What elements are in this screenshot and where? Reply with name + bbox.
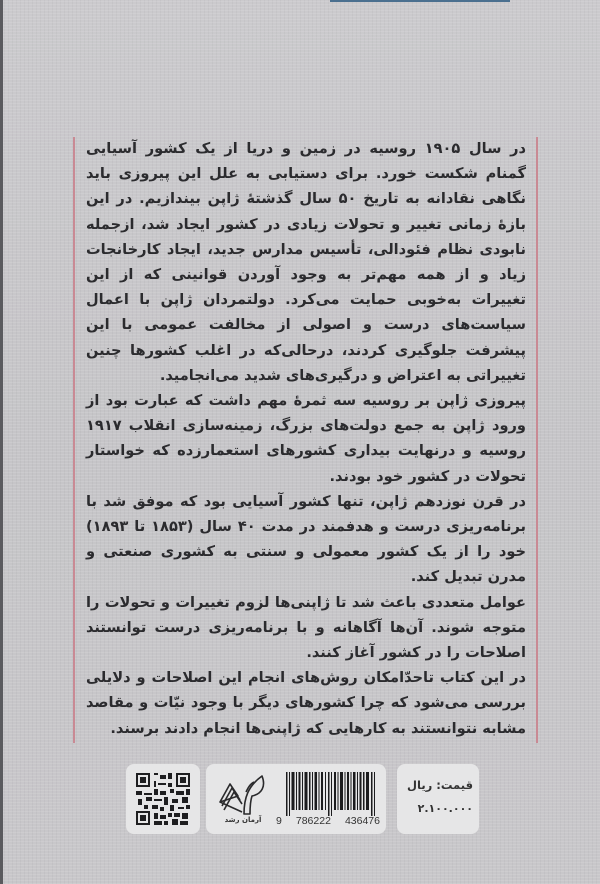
barcode-icon <box>286 772 376 816</box>
isbn-prefix: 9 <box>276 815 282 827</box>
right-red-rule <box>536 137 538 743</box>
back-cover-blurb: در سال ۱۹۰۵ روسیه در زمین و دریا از یک ک… <box>86 136 526 741</box>
publisher-name: آرمان رشد <box>220 816 266 824</box>
qr-code-panel <box>126 764 200 834</box>
isbn-number: 9 786222 436476 <box>276 815 380 827</box>
blurb-paragraph-5: در این کتاب تاحدّامکان روش‌های انجام این… <box>86 665 526 741</box>
blurb-paragraph-3: در قرن نوزدهم ژاپن، تنها کشور آسیایی بود… <box>86 489 526 590</box>
blurb-paragraph-4: عوامل متعددی باعث شد تا ژاپنی‌ها لزوم تغ… <box>86 590 526 666</box>
top-color-accent <box>330 0 510 2</box>
book-leaf-logo-icon <box>216 772 270 816</box>
blurb-paragraph-2: پیروزی ژاپن بر روسیه سه ثمرهٔ مهم داشت ک… <box>86 388 526 489</box>
price-label: قیمت: ریال <box>407 778 473 792</box>
left-red-rule <box>73 137 75 743</box>
cover-left-edge <box>0 0 3 884</box>
price-panel: قیمت: ریال ۲.۱۰۰.۰۰۰ <box>397 764 479 834</box>
price-value: ۲.۱۰۰.۰۰۰ <box>418 802 473 815</box>
isbn-group-2: 436476 <box>345 815 380 827</box>
isbn-barcode-panel: آرمان رشد 9 786222 436476 <box>206 764 386 834</box>
isbn-group-1: 786222 <box>296 815 331 827</box>
blurb-paragraph-1: در سال ۱۹۰۵ روسیه در زمین و دریا از یک ک… <box>86 136 526 388</box>
qr-code-icon <box>134 771 192 827</box>
